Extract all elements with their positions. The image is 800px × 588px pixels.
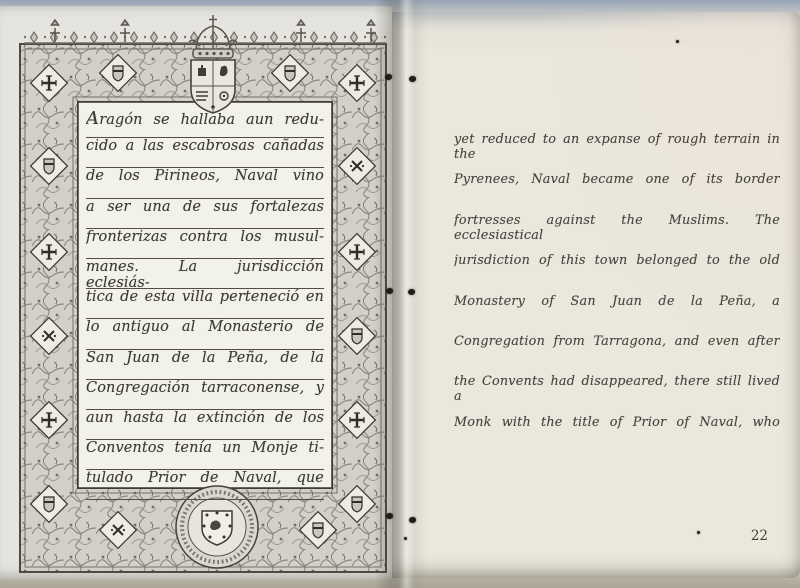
manuscript-line: tica de esta villa perteneció en <box>86 289 324 319</box>
binding-hole <box>409 517 416 523</box>
text-line: jurisdiction of this town belonged to th… <box>454 253 780 293</box>
book-scan: Aragón se hallaba aun redu- cido a las e… <box>0 0 800 588</box>
binding-hole <box>385 74 392 80</box>
manuscript-line: tulado Prior de Naval, que <box>86 470 324 500</box>
manuscript-line: fronterizas contra los musul- <box>86 229 324 259</box>
right-page: yet reduced to an expanse of rough terra… <box>392 12 800 578</box>
manuscript-line: a ser una de sus fortalezas <box>86 199 324 229</box>
paper-speck <box>697 531 700 534</box>
manuscript-line: Conventos tenía un Monje ti- <box>86 440 324 470</box>
text-line: fortresses against the Muslims. The eccl… <box>454 213 780 253</box>
binding-hole <box>386 288 393 294</box>
page-number: 22 <box>751 528 768 544</box>
manuscript-line: cido a las escabrosas cañadas <box>86 138 324 168</box>
text-line: Monk with the title of Prior of Naval, w… <box>454 415 780 455</box>
paper-speck <box>676 40 679 43</box>
text-line: Congregation from Tarragona, and even af… <box>454 334 780 374</box>
manuscript-line: San Juan de la Peña, de la <box>86 350 324 380</box>
manuscript-line: aun hasta la extinción de los <box>86 410 324 440</box>
paper-speck <box>404 537 407 540</box>
binding-hole <box>408 289 415 295</box>
text-line: yet reduced to an expanse of rough terra… <box>454 132 780 172</box>
manuscript-line: de los Pirineos, Naval vino <box>86 168 324 198</box>
printed-text-block: yet reduced to an expanse of rough terra… <box>454 132 780 455</box>
manuscript-line: lo antiguo al Monasterio de <box>86 319 324 349</box>
binding-hole <box>409 76 416 82</box>
manuscript-line: Congregación tarraconense, y <box>86 380 324 410</box>
left-page: Aragón se hallaba aun redu- cido a las e… <box>0 6 392 580</box>
text-line: Pyrenees, Naval became one of its border <box>454 172 780 212</box>
text-line: the Convents had disappeared, there stil… <box>454 374 780 414</box>
text-line: Monastery of San Juan de la Peña, a <box>454 294 780 334</box>
manuscript-panel: Aragón se hallaba aun redu- cido a las e… <box>78 102 332 488</box>
binding-hole <box>386 513 393 519</box>
gothic-cresting <box>24 31 386 44</box>
manuscript-line: Aragón se hallaba aun redu- <box>86 108 324 138</box>
manuscript-line: manes. La jurisdicción eclesiás- <box>86 259 324 289</box>
